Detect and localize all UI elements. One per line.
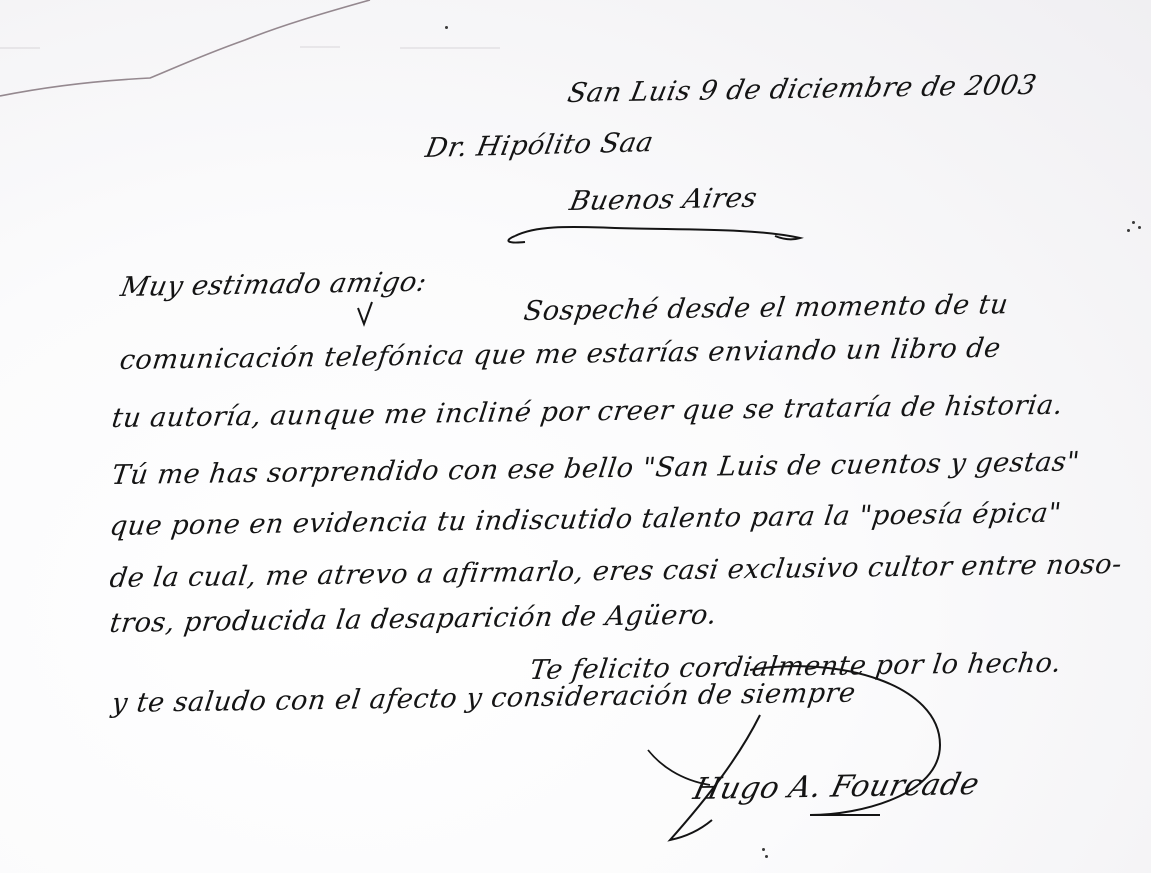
paper-speck [762, 848, 765, 851]
salutation: Muy estimado amigo: [118, 267, 430, 303]
paper-speck [1138, 226, 1141, 229]
paper-speck [1127, 229, 1130, 232]
paper-speck [1132, 221, 1135, 224]
addressee-city: Buenos Aires [567, 183, 760, 217]
signature: Hugo A. Fourcade [690, 767, 983, 807]
paper-speck [765, 855, 768, 858]
addressee-name: Dr. Hipólito Saa [423, 127, 656, 164]
paper-speck [445, 26, 448, 29]
